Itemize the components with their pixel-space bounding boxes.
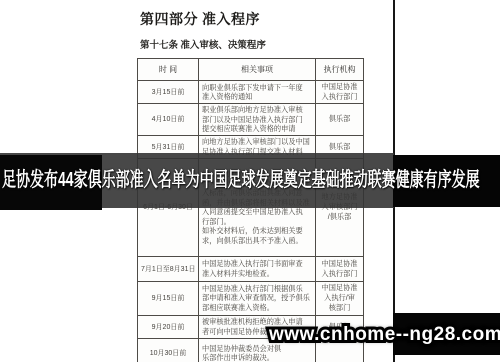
cell-agency: 俱乐部: [316, 104, 364, 136]
cell-matter: 向职业俱乐部下发申请下一年度 准入资格的通知: [199, 81, 316, 104]
header-agency: 执行机构: [316, 59, 364, 81]
header-time: 时 间: [138, 59, 199, 81]
cell-time: 9月15日前: [138, 281, 199, 315]
table-row: 9月15日前 中国足协准入执行部门根据俱乐 部申请和准入审查情况，授予俱乐 部相…: [138, 281, 364, 315]
screenshot-root: 第四部分 准入程序 第十七条 准入审核、决策程序 时 间 相关事项 执行机构 3…: [0, 0, 500, 362]
table-row: 7月1日至8月31日 中国足协准入执行部门书面审查 准入材料并实地检查。 中国足…: [138, 256, 364, 281]
table-row: 4月10日前 职业俱乐部向地方足协准入审核 部门以及中国足协准入执行部门 提交相…: [138, 104, 364, 136]
cell-agency: 中国足协准 入执行部门: [316, 256, 364, 281]
cell-time: 7月1日至8月31日: [138, 256, 199, 281]
cell-time: 3月15日前: [138, 81, 199, 104]
cell-matter: 中国足协准入执行部门根据俱乐 部申请和准入审查情况，授予俱乐 部相应联赛准入资格…: [199, 281, 316, 315]
cell-matter: 中国足协准入执行部门书面审查 准入材料并实地检查。: [199, 256, 316, 281]
cell-time: 10月30日前: [138, 338, 199, 362]
cell-time: 9月20日前: [138, 315, 199, 338]
table-row: 3月15日前 向职业俱乐部下发申请下一年度 准入资格的通知 中国足协准 入执行部…: [138, 81, 364, 104]
table-header-row: 时 间 相关事项 执行机构: [138, 59, 364, 81]
access-procedure-table: 时 间 相关事项 执行机构 3月15日前 向职业俱乐部下发申请下一年度 准入资格…: [137, 58, 364, 362]
news-headline: 足协发布44家俱乐部准入名单为中国足球发展奠定基础推动联赛健康有序发展: [2, 169, 500, 191]
site-watermark: www.cnhome--ng28.com: [269, 324, 500, 345]
header-matter: 相关事项: [199, 59, 316, 81]
cell-time: 4月10日前: [138, 104, 199, 136]
document-subtitle: 第十七条 准入审核、决策程序: [140, 37, 266, 51]
cell-agency: 中国足协准 入执行部门: [316, 81, 364, 104]
cell-matter: 职业俱乐部向地方足协准入审核 部门以及中国足协准入执行部门 提交相应联赛准入资格…: [199, 104, 316, 136]
document-title: 第四部分 准入程序: [140, 9, 260, 29]
cell-agency: 中国足协准 入执行/审 核部门: [316, 281, 364, 315]
